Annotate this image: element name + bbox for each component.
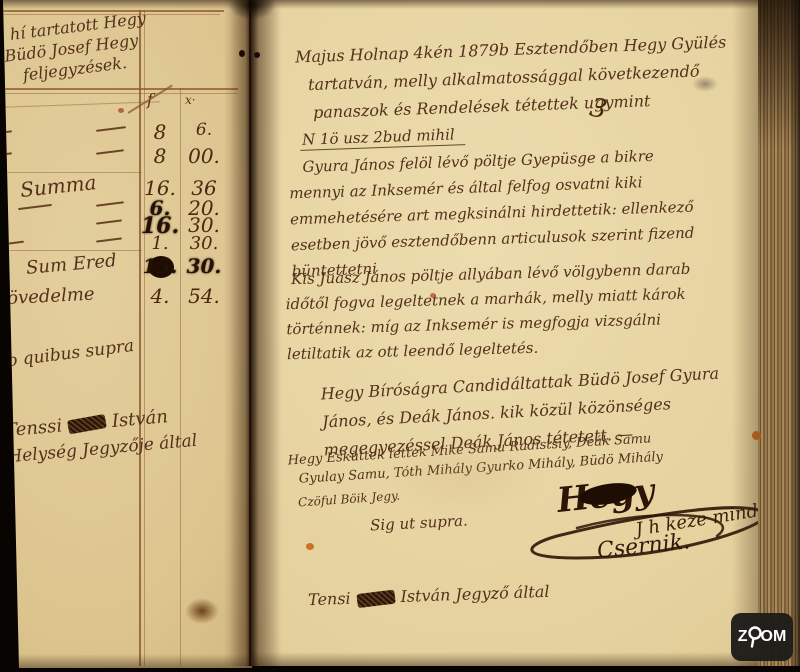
book-gutter-fold	[249, 0, 251, 666]
clerk-sig-pre: Tenssi	[4, 415, 63, 441]
ruled-line	[0, 88, 238, 90]
magnifier-icon	[747, 625, 762, 649]
amount-x: 6.	[181, 120, 227, 140]
paper-stain	[306, 543, 314, 550]
amount-x: 54.	[181, 284, 227, 308]
ledger-row: 8 6.	[0, 120, 250, 146]
left-header-note: hí tartatott Hegy Büdö Josef Hegy feljeg…	[1, 7, 152, 87]
amount-f: 4.	[139, 284, 181, 308]
closing-line-pre: Tensi	[308, 589, 351, 609]
right-page: Majus Holnap 4kén 1879b Esztendőben Hegy…	[252, 0, 758, 666]
edge-shading	[252, 0, 758, 9]
zoom-watermark-badge: Z OM	[731, 613, 793, 661]
left-page: hí tartatott Hegy Büdö Josef Hegy feljeg…	[0, 0, 252, 668]
edge-shading	[0, 0, 252, 9]
clerk-signature: TenssiIstván Helység Jegyzője által	[4, 404, 198, 467]
paper-stain	[372, 430, 552, 520]
ledger-row: 8 00.	[0, 144, 250, 170]
minutes-paragraph-2: Kis Juász János pöltje allyában lévő völ…	[285, 257, 693, 368]
closing-line: TensiIstván Jegyző által	[308, 582, 550, 609]
binding-hole	[239, 50, 245, 57]
amount-f: 8	[139, 144, 181, 168]
edge-shading	[252, 652, 758, 666]
paper-stain	[185, 598, 219, 624]
ink-blot	[356, 589, 395, 608]
column-line	[144, 10, 145, 666]
paper-stain	[430, 293, 436, 298]
ink-blot	[67, 414, 107, 434]
amount-f: 15.	[139, 254, 181, 278]
watermark-text-om: OM	[761, 628, 787, 646]
column-line	[180, 88, 181, 666]
closing-line-post: István Jegyző által	[400, 582, 550, 606]
clerk-sig-post: István	[111, 406, 169, 432]
amount-f: 8	[139, 120, 181, 144]
manuscript-scan: hí tartatott Hegy Büdö Josef Hegy feljeg…	[0, 0, 800, 672]
amount-f: 1.	[139, 233, 181, 254]
edge-shading	[732, 0, 758, 666]
main-signature: Hegy J h keze mind Csernik.	[535, 476, 755, 572]
column-line	[139, 10, 141, 666]
amount-x: 30.	[181, 233, 227, 254]
ruled-line	[0, 93, 238, 94]
book-gutter	[224, 0, 280, 666]
edge-shading	[0, 654, 252, 668]
page-fore-edge-shadow	[790, 0, 800, 666]
amount-x: 30.	[181, 254, 227, 278]
paper-stain	[692, 76, 718, 92]
column-header-krajcar: x·	[185, 93, 196, 107]
amount-x: 00.	[181, 144, 227, 168]
signature-flourish	[517, 488, 758, 572]
rust-spot	[752, 431, 761, 440]
binding-hole	[254, 52, 260, 58]
minutes-heading: Majus Holnap 4kén 1879b Esztendőben Hegy…	[295, 28, 729, 127]
marginal-note: to quibus supra	[0, 336, 135, 372]
paper-stain	[118, 108, 124, 113]
item-number-label: N 1ö usz 2bud mihil	[300, 125, 465, 151]
